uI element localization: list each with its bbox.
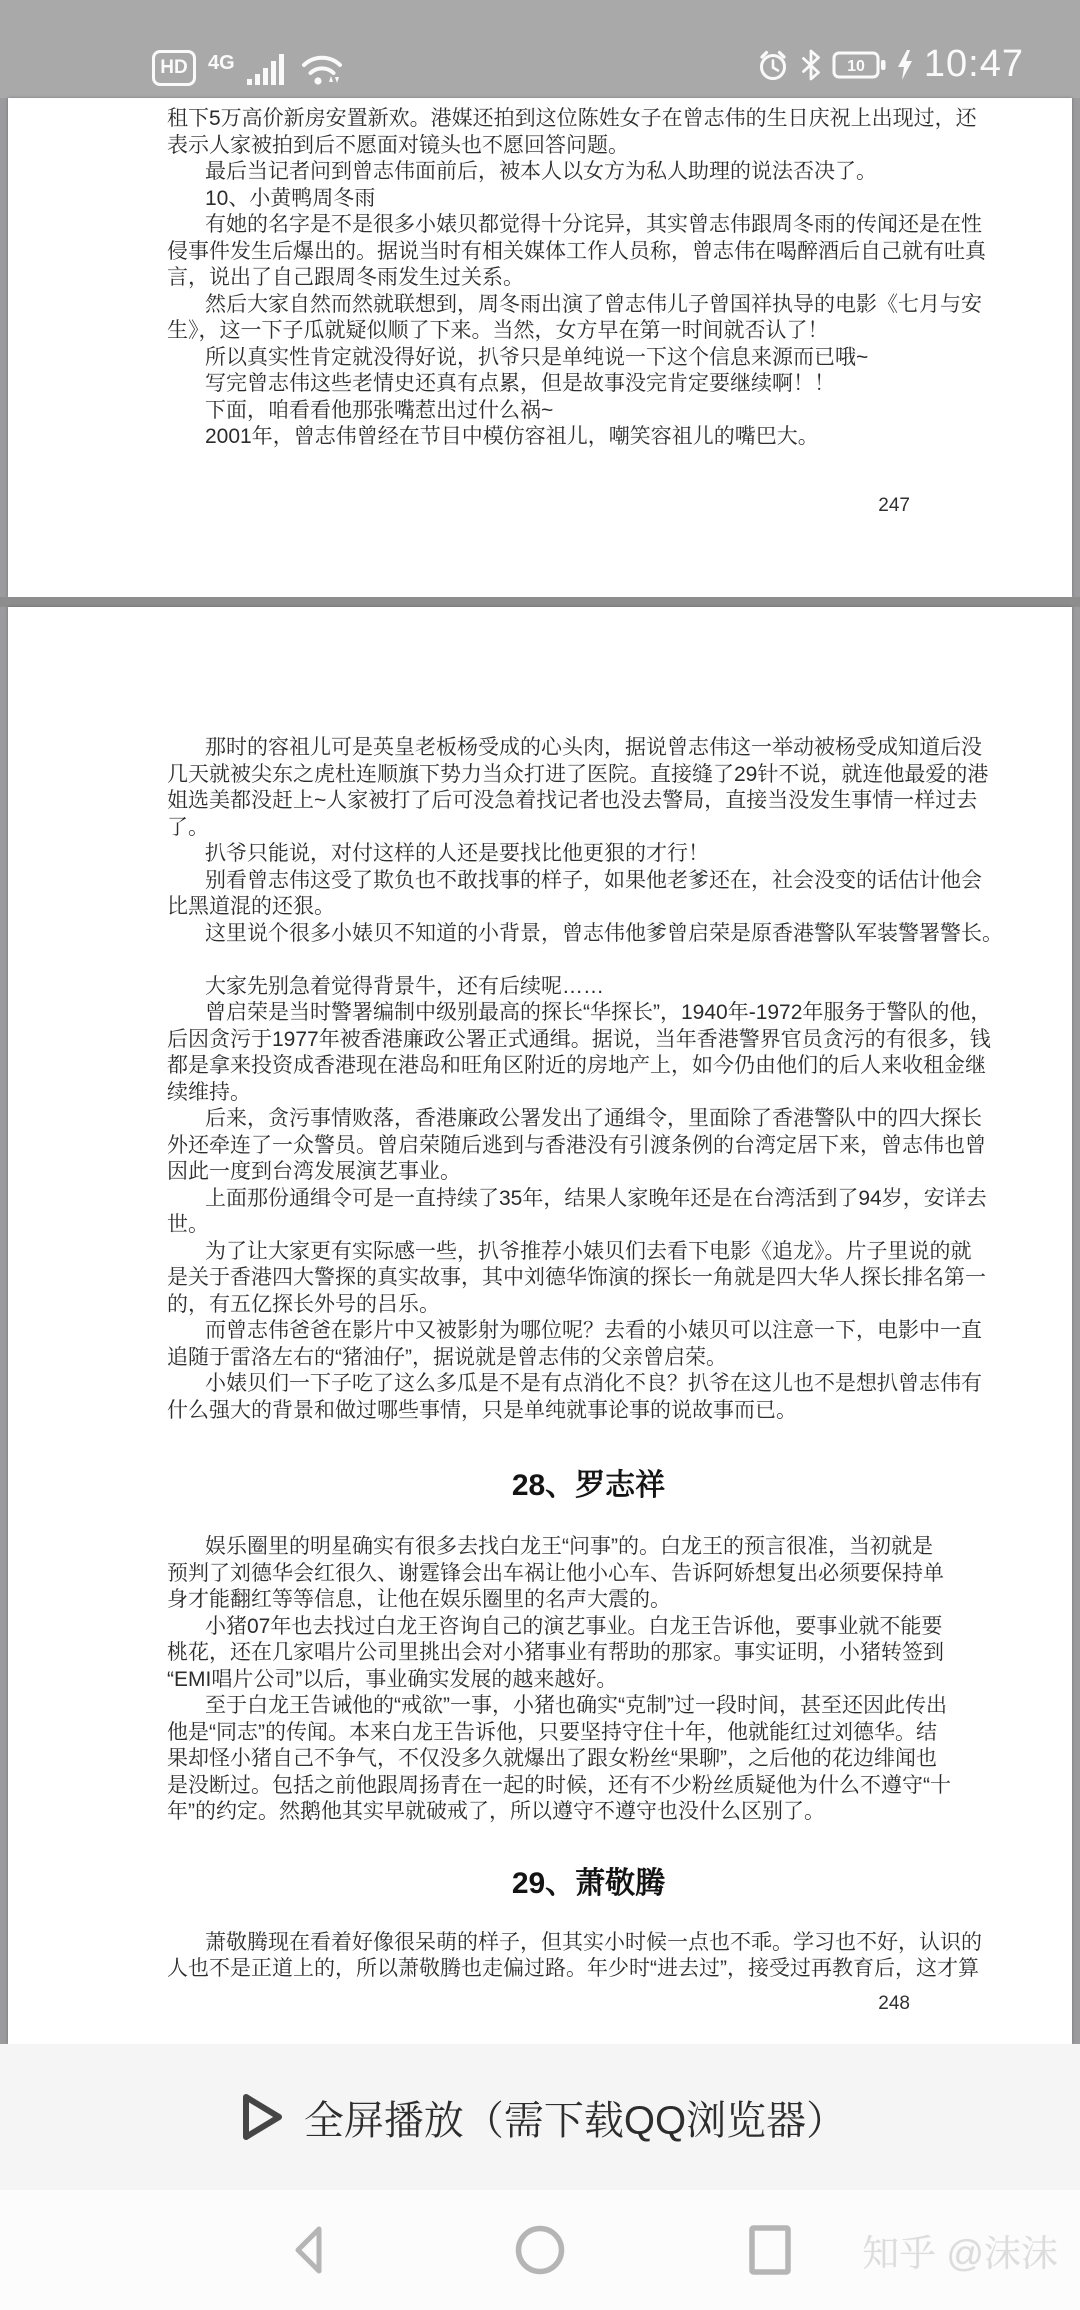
clock-time: 10:47 xyxy=(924,43,1024,86)
text-line: 扒爷只能说，对付这样的人还是要找比他更狠的才行！ xyxy=(167,841,1010,868)
text-line: 这里说个很多小婊贝不知道的小背景，曾志伟他爹曾启荣是原香港警队军装警署警长。 xyxy=(167,921,1010,948)
text-line: 表示人家被拍到后不愿面对镜头也不愿回答问题。 xyxy=(167,133,1010,160)
text-line: 的，有五亿探长外号的吕乐。 xyxy=(167,1292,1010,1319)
text-line: 是关于香港四大警探的真实故事，其中刘德华饰演的探长一角就是四大华人探长排名第一 xyxy=(167,1265,1010,1292)
document-page-248: 那时的容祖儿可是英皇老板杨受成的心头肉，据说曾志伟这一举动被杨受成知道后没几天就… xyxy=(8,607,1072,2044)
bluetooth-icon xyxy=(800,48,822,82)
nav-home-button[interactable] xyxy=(513,2223,567,2277)
text-line: 了。 xyxy=(167,815,1010,842)
page-text-block: 那时的容祖儿可是英皇老板杨受成的心头肉，据说曾志伟这一举动被杨受成知道后没几天就… xyxy=(167,735,1010,1983)
text-line: 侵事件发生后爆出的。据说当时有相关媒体工作人员称，曾志伟在喝醉酒后自己就有吐真 xyxy=(167,239,1010,266)
section-heading: 28、罗志祥 xyxy=(167,1468,1010,1504)
text-line: 比黑道混的还狠。 xyxy=(167,894,1010,921)
text-line: 后因贪污于1977年被香港廉政公署正式通缉。据说，当年香港警界官员贪污的有很多，… xyxy=(167,1027,1010,1054)
nav-back-button[interactable] xyxy=(286,2223,334,2277)
text-line: 至于白龙王告诫他的“戒欲”一事，小猪也确实“克制”过一段时间，甚至还因此传出 xyxy=(167,1693,1010,1720)
text-line: “EMI唱片公司”以后，事业确实发展的越来越好。 xyxy=(167,1667,1010,1694)
text-line: 2001年，曾志伟曾经在节目中模仿容祖儿，嘲笑容祖儿的嘴巴大。 xyxy=(167,424,1010,451)
play-icon xyxy=(234,2088,288,2146)
text-line: 生》，这一下子瓜就疑似顺了下来。当然，女方早在第一时间就否认了！ xyxy=(167,318,1010,345)
text-line: 萧敬腾现在看着好像很呆萌的样子，但其实小时候一点也不乖。学习也不好，认识的 xyxy=(167,1930,1010,1957)
text-line: 年”的约定。然鹅他其实早就破戒了，所以遵守不遵守也没什么区别了。 xyxy=(167,1799,1010,1826)
text-line: 后来，贪污事情败落，香港廉政公署发出了通缉令，里面除了香港警队中的四大探长 xyxy=(167,1106,1010,1133)
page-number: 247 xyxy=(167,495,1010,517)
document-page-247: 租下5万高价新房安置新欢。港媒还拍到这位陈姓女子在曾志伟的生日庆祝上出现过，还表… xyxy=(8,98,1072,597)
text-line: 什么强大的背景和做过哪些事情，只是单纯就事论事的说故事而已。 xyxy=(167,1398,1010,1425)
text-line: 大家先别急着觉得背景牛，还有后续呢…… xyxy=(167,974,1010,1001)
nav-recents-button[interactable] xyxy=(747,2223,793,2277)
alarm-icon xyxy=(756,48,790,82)
text-line: 最后当记者问到曾志伟面前后，被本人以女方为私人助理的说法否决了。 xyxy=(167,159,1010,186)
text-line: 小猪07年也去找过白龙王咨询自己的演艺事业。白龙王告诉他，要事业就不能要 xyxy=(167,1614,1010,1641)
network-type-label: 4G xyxy=(208,52,235,75)
text-line: 预判了刘德华会红很久、谢霆锋会出车祸让他小心车、告诉阿娇想复出必须要保持单 xyxy=(167,1561,1010,1588)
text-line: 姐选美都没赶上~人家被打了后可没急着找记者也没去警局，直接当没发生事情一样过去 xyxy=(167,788,1010,815)
text-line: 别看曾志伟这受了欺负也不敢找事的样子，如果他老爹还在，社会没变的话估计他会 xyxy=(167,868,1010,895)
zhihu-watermark: 知乎 @沫沫 xyxy=(862,2223,1058,2277)
text-line: 外还牵连了一众警员。曾启荣随后逃到与香港没有引渡条例的台湾定居下来，曾志伟也曾 xyxy=(167,1133,1010,1160)
text-line: 下面，咱看看他那张嘴惹出过什么祸~ xyxy=(167,398,1010,425)
text-line: 娱乐圈里的明星确实有很多去找白龙王“问事”的。白龙王的预言很准，当初就是 xyxy=(167,1534,1010,1561)
text-line: 追随于雷洛左右的“猪油仔”，据说就是曾志伟的父亲曾启荣。 xyxy=(167,1345,1010,1372)
text-line: 小婊贝们一下子吃了这么多瓜是不是有点消化不良？扒爷在这儿也不是想扒曾志伟有 xyxy=(167,1371,1010,1398)
page-number: 248 xyxy=(167,1993,1010,2015)
text-line: 那时的容祖儿可是英皇老板杨受成的心头肉，据说曾志伟这一举动被杨受成知道后没 xyxy=(167,735,1010,762)
text-line: 人也不是正道上的，所以萧敬腾也走偏过路。年少时“进去过”，接受过再教育后，这才算 xyxy=(167,1956,1010,1983)
text-line: 桃花，还在几家唱片公司里挑出会对小猪事业有帮助的那家。事实证明，小猪转签到 xyxy=(167,1640,1010,1667)
android-nav-bar: 知乎 @沫沫 xyxy=(0,2190,1080,2310)
page-text-block: 租下5万高价新房安置新欢。港媒还拍到这位陈姓女子在曾志伟的生日庆祝上出现过，还表… xyxy=(167,106,1010,451)
text-line: 言，说出了自己跟周冬雨发生过关系。 xyxy=(167,265,1010,292)
text-line: 都是拿来投资成香港现在港岛和旺角区附近的房地产上，如今仍由他们的后人来收租金继 xyxy=(167,1053,1010,1080)
text-line: 上面那份通缉令可是一直持续了35年，结果人家晚年还是在台湾活到了94岁，安详去 xyxy=(167,1186,1010,1213)
charging-bolt-icon xyxy=(896,49,914,81)
text-line: 写完曾志伟这些老情史还真有点累，但是故事没完肯定要继续啊！！ xyxy=(167,371,1010,398)
text-line: 是没断过。包括之前他跟周扬青在一起的时候，还有不少粉丝质疑他为什么不遵守“十 xyxy=(167,1773,1010,1800)
text-line: 10、小黄鸭周冬雨 xyxy=(167,186,1010,213)
qq-browser-banner[interactable]: 全屏播放（需下载QQ浏览器） xyxy=(0,2044,1080,2190)
text-line: 为了让大家更有实际感一些，扒爷推荐小婊贝们去看下电影《追龙》。片子里说的就 xyxy=(167,1239,1010,1266)
status-right-group: 10 10:47 xyxy=(756,43,1024,86)
text-line: 租下5万高价新房安置新欢。港媒还拍到这位陈姓女子在曾志伟的生日庆祝上出现过，还 xyxy=(167,106,1010,133)
text-line: 所以真实性肯定就没得好说，扒爷只是单纯说一下这个信息来源而已哦~ xyxy=(167,345,1010,372)
signal-strength-icon xyxy=(247,52,289,86)
page-divider xyxy=(0,597,1080,607)
fullscreen-play-label: 全屏播放（需下载QQ浏览器） xyxy=(304,2089,846,2146)
wifi-icon xyxy=(301,52,345,86)
text-line: 身才能翻红等等信息，让他在娱乐圈里的名声大震的。 xyxy=(167,1587,1010,1614)
section-heading: 29、萧敬腾 xyxy=(167,1866,1010,1902)
text-line: 续维持。 xyxy=(167,1080,1010,1107)
text-line: 他是“同志”的传闻。本来白龙王告诉他，只要坚持守住十年，他就能红过刘德华。结 xyxy=(167,1720,1010,1747)
status-bar: HD 4G xyxy=(0,0,1080,98)
status-left-group: HD 4G xyxy=(152,50,345,86)
battery-icon: 10 xyxy=(832,49,886,81)
hd-volte-icon: HD xyxy=(152,50,196,86)
text-line: 然后大家自然而然就联想到，周冬雨出演了曾志伟儿子曾国祥执导的电影《七月与安 xyxy=(167,292,1010,319)
text-line: 几天就被尖东之虎杜连顺旗下势力当众打进了医院。直接缝了29针不说，就连他最爱的港 xyxy=(167,762,1010,789)
text-line xyxy=(167,947,1010,974)
text-line: 世。 xyxy=(167,1212,1010,1239)
text-line: 果却怪小猪自己不争气，不仅没多久就爆出了跟女粉丝“果聊”，之后他的花边绯闻也 xyxy=(167,1746,1010,1773)
text-line: 因此一度到台湾发展演艺事业。 xyxy=(167,1159,1010,1186)
text-line: 有她的名字是不是很多小婊贝都觉得十分诧异，其实曾志伟跟周冬雨的传闻还是在性 xyxy=(167,212,1010,239)
text-line: 而曾志伟爸爸在影片中又被影射为哪位呢？去看的小婊贝可以注意一下，电影中一直 xyxy=(167,1318,1010,1345)
text-line: 曾启荣是当时警署编制中级别最高的探长“华探长”，1940年-1972年服务于警队… xyxy=(167,1000,1010,1027)
battery-percent: 10 xyxy=(847,58,865,75)
